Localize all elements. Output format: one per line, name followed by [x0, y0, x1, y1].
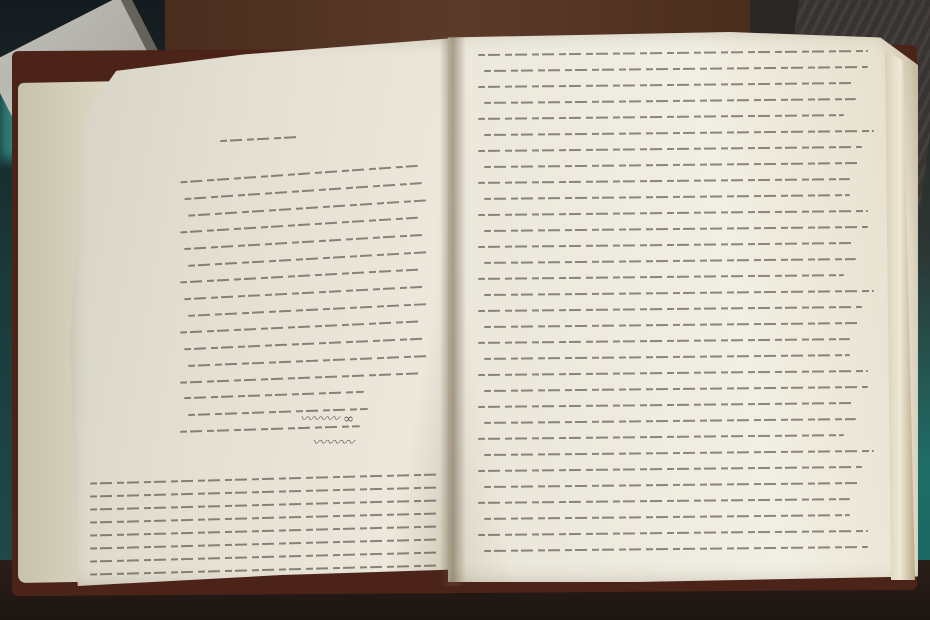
- book-gutter: [440, 36, 466, 586]
- handwriting-line: [484, 66, 868, 72]
- handwriting-line: [180, 320, 420, 333]
- handwriting-line: [484, 194, 850, 200]
- handwriting-line: [484, 514, 850, 520]
- handwriting-line: [180, 269, 420, 284]
- handwriting-line: [478, 50, 868, 56]
- handwriting-line: [484, 354, 850, 360]
- handwriting-line: [90, 499, 440, 510]
- handwriting-line: [90, 512, 440, 523]
- handwriting-line: [484, 386, 868, 392]
- handwriting-line: [188, 199, 428, 216]
- handwriting-line: [184, 182, 424, 200]
- handwriting-line: [478, 402, 856, 408]
- handwriting-line: [484, 226, 868, 232]
- handwriting-line: [478, 370, 868, 376]
- handwriting-line: [90, 538, 440, 549]
- handwriting-line: [478, 498, 850, 504]
- left-page-heading: 〰〰〰: [312, 432, 354, 452]
- handwriting-line: [484, 450, 874, 456]
- handwriting-line: [484, 258, 856, 264]
- handwriting-line: [478, 210, 868, 216]
- handwriting-line: [484, 290, 874, 296]
- handwriting-line: [180, 217, 420, 234]
- handwriting-line: [180, 165, 420, 184]
- manuscript-page-left: [70, 38, 455, 586]
- handwriting-line: [184, 234, 424, 250]
- handwriting-line: [90, 551, 440, 562]
- handwriting-line: [484, 546, 868, 552]
- handwriting-line: [90, 525, 440, 536]
- handwriting-line: [188, 355, 428, 367]
- signature-flourish: 〰〰〰 ∞: [300, 408, 354, 427]
- handwriting-line: [478, 178, 850, 184]
- handwriting-line: [90, 473, 440, 484]
- handwriting-line: [484, 482, 862, 488]
- handwriting-line: [478, 530, 868, 536]
- handwriting-line: [478, 274, 844, 280]
- handwriting-line: [220, 136, 300, 142]
- handwriting-line: [188, 303, 428, 317]
- manuscript-page-right: [448, 32, 918, 582]
- handwriting-line: [484, 418, 856, 424]
- handwriting-line: [478, 338, 850, 344]
- handwriting-line: [478, 466, 862, 472]
- handwriting-line: [180, 372, 420, 383]
- handwriting-line: [478, 114, 844, 120]
- handwriting-line: [478, 306, 862, 312]
- handwriting-line: [478, 434, 844, 440]
- handwriting-line: [478, 82, 856, 88]
- handwriting-line: [184, 286, 424, 300]
- handwriting-line: [484, 130, 874, 136]
- handwriting-line: [484, 322, 862, 328]
- handwriting-line: [184, 338, 424, 350]
- photo-scene: 〰〰〰 ∞ 〰〰〰 Open antique handwritten manus…: [0, 0, 930, 620]
- handwriting-line: [484, 162, 862, 168]
- handwriting-line: [90, 486, 440, 497]
- handwriting-line: [188, 251, 428, 267]
- handwriting-line: [478, 146, 862, 152]
- handwriting-line: [184, 391, 364, 399]
- handwriting-line: [478, 242, 856, 248]
- handwriting-line: [484, 98, 856, 104]
